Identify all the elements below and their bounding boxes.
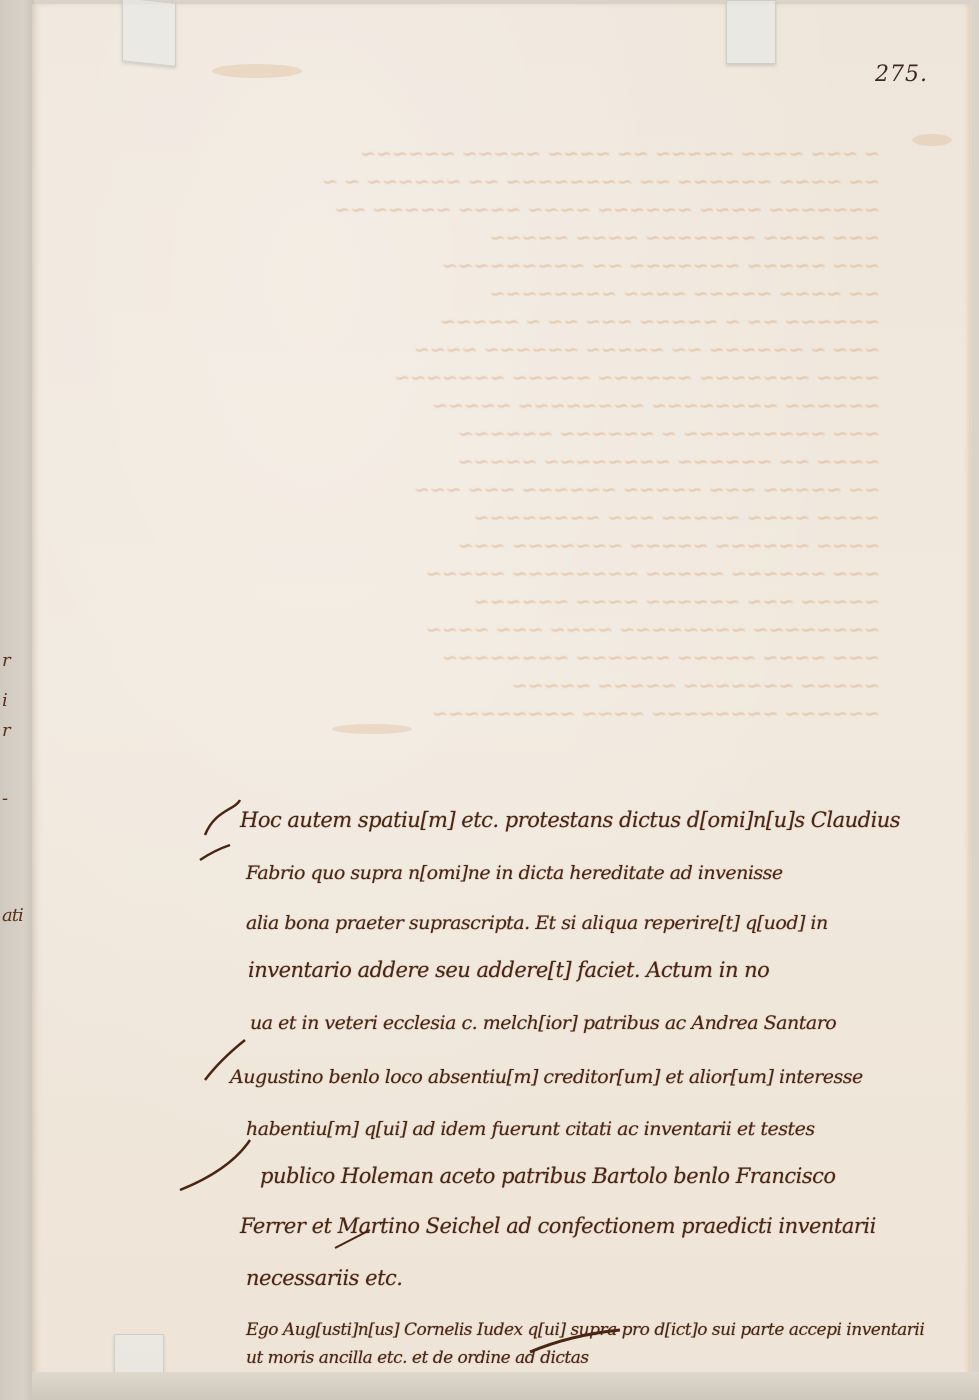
- bleed-line: ~~~ ~~~~~~ ~~~~~ ~~~~~~~~ ~~~~~: [100, 560, 880, 588]
- margin-fragment: i: [2, 690, 7, 711]
- bleed-line: ~~~ ~~~~~ ~~~~~~~ ~~ ~~~~~~~~~: [100, 252, 880, 280]
- bleed-line: ~~~ ~ ~~~~~~ ~~ ~~~~~ ~~~~~~ ~~~~: [100, 336, 880, 364]
- bleed-line: ~~ ~~~~ ~~~~~~ ~~ ~~~~~~~~ ~~ ~~~~~~ ~ ~: [100, 168, 880, 196]
- margin-fragment: ati: [2, 905, 23, 926]
- text-line: habentiu[m] q[ui] ad idem fuerunt citati…: [246, 1118, 815, 1140]
- bleed-line: ~~~~~ ~~~~~~~ ~~~~~ ~~~~~: [100, 672, 880, 700]
- bleed-line: ~~~~~~ ~~~~~~~~ ~~~~~~~~ ~~~~~: [100, 392, 880, 420]
- text-line: inventario addere seu addere[t] faciet. …: [248, 958, 769, 982]
- text-line: Hoc autem spatiu[m] etc. protestans dict…: [240, 808, 900, 832]
- text-line: Ferrer et Martino Seichel ad confectione…: [240, 1214, 876, 1238]
- text-line: alia bona praeter suprascripta. Et si al…: [246, 912, 828, 934]
- bleed-line: ~~~~~~ ~~~~~~~~ ~~~~ ~~~~~~~~~: [100, 700, 880, 728]
- bleed-line: ~~~~~~~ ~~~~ ~~~~~~ ~~~~ ~~~~ ~~~~~ ~~: [100, 196, 880, 224]
- bleed-line: ~~~~ ~~~~~~ ~~~~~ ~~~~~~~ ~~~: [100, 532, 880, 560]
- folio-number: 275.: [875, 62, 928, 87]
- margin-fragment: r: [2, 720, 10, 741]
- bleed-line: ~~ ~~~~ ~~~~~ ~~~~ ~~~~~~~~: [100, 280, 880, 308]
- paper-stain: [912, 134, 952, 146]
- text-line: necessariis etc.: [246, 1266, 402, 1290]
- text-line: Fabrio quo supra n[omi]ne in dicta hered…: [246, 862, 783, 884]
- tape-piece: [726, 0, 776, 64]
- paper-stain: [212, 64, 302, 78]
- page-bottom-edge: [32, 1372, 979, 1400]
- text-line: ua et in veteri ecclesia c. melch[ior] p…: [250, 1012, 836, 1034]
- bleed-line: ~~~~~ ~~~ ~~~~~~ ~~~~ ~~~~~~: [100, 588, 880, 616]
- margin-fragment: r: [2, 650, 10, 671]
- bleed-line: ~~~~ ~~~~ ~~~~~ ~~~ ~~~~~~~~: [100, 504, 880, 532]
- previous-leaf-edge: r i r - ati: [0, 0, 34, 1400]
- bleed-line: ~~~ ~~~~ ~~~~~~~ ~~~~ ~~~~~: [100, 224, 880, 252]
- bleed-line: ~ ~~~ ~~~~ ~~~~~ ~~ ~~~~ ~~~~~ ~~~~~~: [100, 140, 880, 168]
- text-line: ut moris ancilla etc. et de ordine ad di…: [246, 1348, 589, 1368]
- bleed-through-text: ~ ~~~ ~~~~ ~~~~~ ~~ ~~~~ ~~~~~ ~~~~~~ ~~…: [100, 140, 880, 728]
- bleed-line: ~~~~ ~~ ~~~~~~ ~~~~~~~~ ~~~~~: [100, 448, 880, 476]
- text-line: Augustino benlo loco absentiu[m] credito…: [230, 1066, 863, 1088]
- text-line: Ego Aug[usti]n[us] Cornelis Iudex q[ui] …: [246, 1320, 924, 1340]
- text-line: publico Holeman aceto patribus Bartolo b…: [260, 1164, 836, 1188]
- bleed-line: ~~~~~~ ~~ ~ ~~~~~ ~~~ ~~ ~ ~~~~~: [100, 308, 880, 336]
- bleed-line: ~~~ ~~~~~~~~~ ~ ~~~~~~ ~~~~~~: [100, 420, 880, 448]
- bleed-line: ~~ ~~~~~ ~~~ ~~~~~ ~~~~~~ ~~~ ~~~: [100, 476, 880, 504]
- margin-fragment: -: [2, 788, 7, 809]
- bleed-line: ~~~~~~~~ ~~~~~~~~ ~~~~ ~~~ ~~~~: [100, 616, 880, 644]
- bleed-line: ~~~~ ~~~~~~~ ~~~~~~ ~~~~~ ~~~~~~~: [100, 364, 880, 392]
- tape-piece: [122, 0, 176, 67]
- bleed-line: ~~~ ~~~~ ~~~~~ ~~~~~~ ~~~~~~~~: [100, 644, 880, 672]
